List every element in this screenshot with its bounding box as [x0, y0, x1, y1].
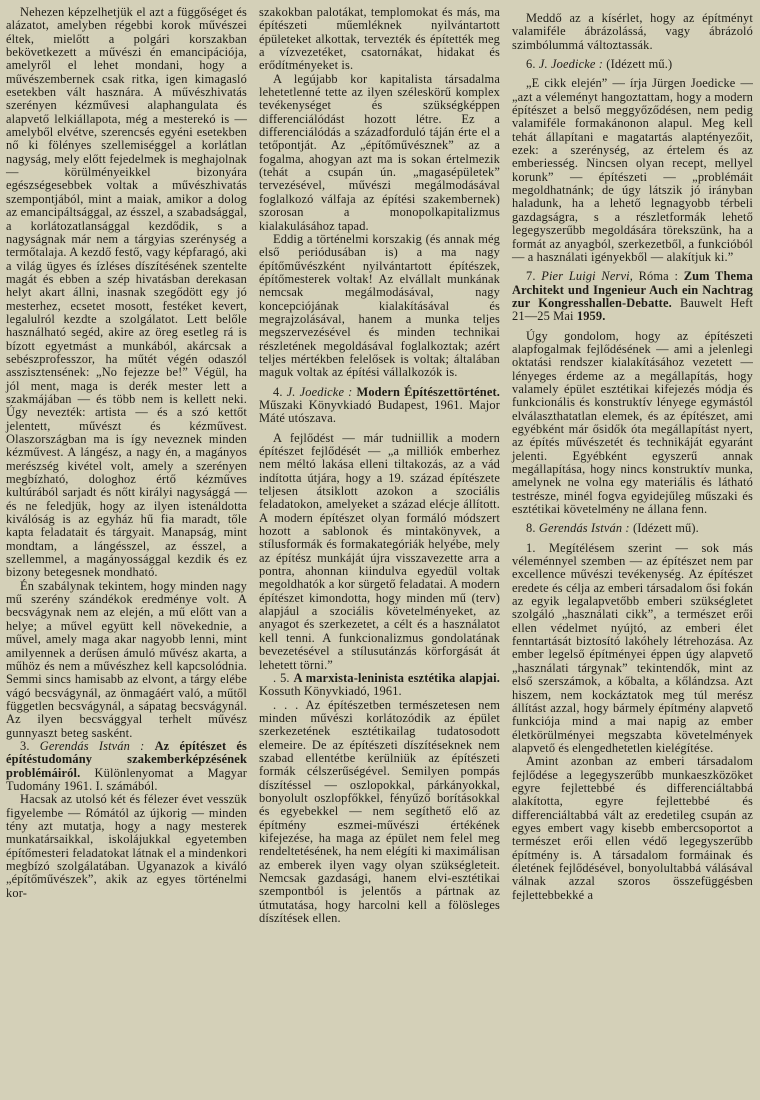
paragraph: Nehezen képzelhetjük el azt a függőséget…: [6, 6, 247, 580]
reference-author: J. Joedicke :: [539, 57, 603, 71]
paragraph: szakokban palotákat, templomokat és más,…: [259, 6, 500, 73]
reference-number: 6.: [526, 57, 536, 71]
reference-source: Műszaki Könyvkiadó Budapest, 1961. Major…: [259, 398, 500, 425]
document-page: Nehezen képzelhetjük el azt a függőséget…: [0, 0, 760, 1100]
reference-author: Pier Luigi Nervi,: [541, 269, 633, 283]
reference-number: 7.: [526, 269, 536, 283]
reference-number: 4.: [273, 385, 283, 399]
reference-year: 1959.: [577, 309, 606, 323]
paragraph: Amint azonban az emberi társadalom fejlő…: [512, 755, 753, 902]
reference-source: Kossuth Könyvkiadó, 1961.: [259, 684, 402, 698]
reference-number: 8.: [526, 521, 536, 535]
reference-5: . 5. A marxista-leninista esztétika alap…: [259, 672, 500, 699]
reference-author: Gerendás István :: [539, 521, 630, 535]
column-right: Meddő az a kísérlet, hogy az építményt v…: [512, 6, 753, 1100]
reference-source: (Idézett mű.): [606, 57, 672, 71]
paragraph: Meddő az a kísérlet, hogy az építményt v…: [512, 12, 753, 52]
paragraph: „E cikk elején” — írja Jürgen Joedicke —…: [512, 77, 753, 264]
column-middle: szakokban palotákat, templomokat és más,…: [259, 6, 500, 1100]
paragraph: . . . Az építészetben természetesen nem …: [259, 699, 500, 926]
reference-title: A marxista-leninista esztétika alapjai.: [294, 671, 501, 685]
paragraph: A legújabb kor kapitalista társadalma le…: [259, 73, 500, 233]
reference-author: Gerendás István :: [40, 739, 145, 753]
reference-6: 6. J. Joedicke : (Idézett mű.): [512, 58, 753, 71]
paragraph: 1. Megítélésem szerint — sok más vélemén…: [512, 542, 753, 756]
reference-title: Modern Építészettörténet.: [356, 385, 500, 399]
reference-number: 3.: [20, 739, 30, 753]
paragraph: Én szabálynak tekintem, hogy minden nagy…: [6, 580, 247, 740]
reference-8: 8. Gerendás István : (Idézett mű).: [512, 522, 753, 535]
reference-7: 7. Pier Luigi Nervi, Róma : Zum Thema Ar…: [512, 270, 753, 323]
paragraph: Eddig a történelmi korszakig (és annak m…: [259, 233, 500, 380]
reference-4: 4. J. Joedicke : Modern Építészettörténe…: [259, 386, 500, 426]
reference-3: 3. Gerendás István : Az építészet és épí…: [6, 740, 247, 793]
paragraph: Hacsak az utolsó két és félezer évet ves…: [6, 793, 247, 900]
reference-author: J. Joedicke :: [287, 385, 353, 399]
reference-place: Róma :: [639, 269, 678, 283]
paragraph: Úgy gondolom, hogy az építészeti alapfog…: [512, 330, 753, 517]
column-left: Nehezen képzelhetjük el azt a függőséget…: [6, 6, 247, 1100]
reference-number: . 5.: [273, 671, 290, 685]
reference-source: (Idézett mű).: [633, 521, 699, 535]
paragraph: A fejlődést — már tudniillik a modern ép…: [259, 432, 500, 672]
